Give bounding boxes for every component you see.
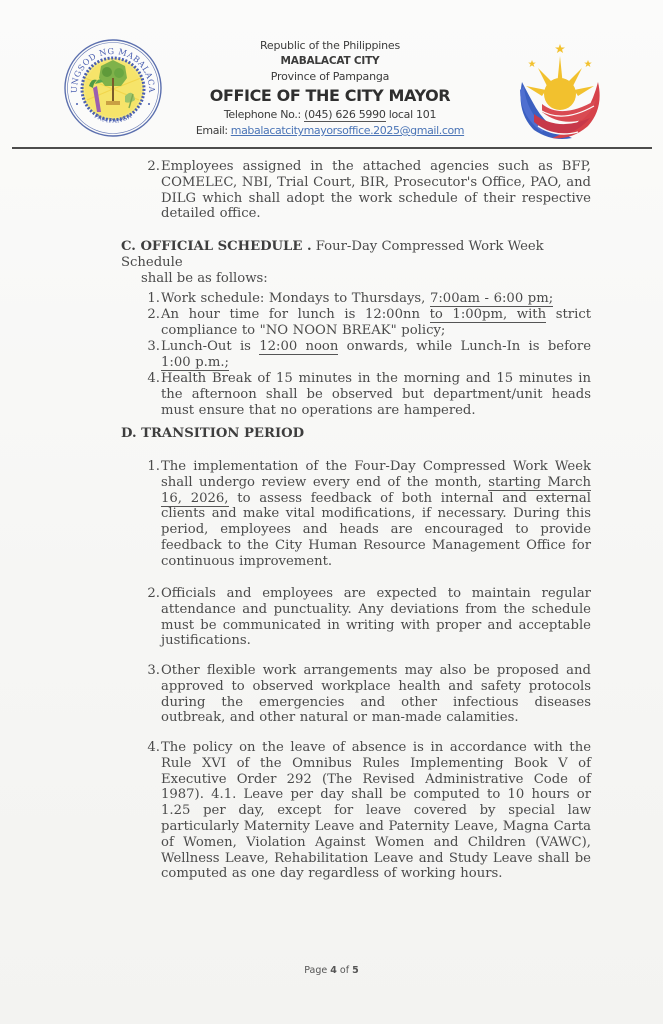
page-total: 5 (352, 965, 359, 976)
item-text-mid: onwards, while Lunch-In is before (338, 339, 591, 354)
section-c-item-1: 1. Work schedule: Mondays to Thursdays, … (161, 291, 591, 307)
section-d-item-2: 2. Officials and employees are expected … (161, 586, 591, 649)
item-text: Work schedule: Mondays to Thursdays, 7:0… (161, 291, 591, 307)
email-label: Email: (196, 124, 231, 137)
item-text: Other flexible work arrangements may als… (161, 663, 591, 726)
of-word: of (337, 965, 352, 976)
section-d-label: D. TRANSITION PERIOD (121, 426, 304, 441)
republic-line: Republic of the Philippines (180, 38, 480, 54)
work-hours: 7:00am - 6:00 pm; (430, 291, 553, 307)
item-text: The policy on the leave of absence is in… (161, 740, 591, 882)
lunch-in-time: 1:00 p.m.; (161, 355, 229, 371)
city-seal-icon: LUNGSOD NG MABALACAT PAMPANGA (63, 38, 163, 138)
item-text: Employees assigned in the attached agenc… (161, 159, 591, 222)
page-footer: Page 4 of 5 (0, 965, 663, 976)
section-d-item-4: 4. The policy on the leave of absence is… (161, 740, 591, 882)
item-number: 4. (140, 740, 160, 756)
province-line: Province of Pampanga (180, 69, 480, 85)
telephone-line: Telephone No.: (045) 626 5990 local 101 (180, 107, 480, 123)
item-number: 3. (140, 663, 160, 679)
letterhead-divider (12, 147, 652, 149)
section-c-intro-2: shall be as follows: (121, 271, 591, 287)
lunch-end-time: to 1:00pm, with (430, 307, 547, 323)
item-text: Health Break of 15 minutes in the mornin… (161, 371, 591, 418)
telephone-number: (045) 626 5990 (304, 108, 385, 122)
item-text: Lunch-Out is 12:00 noon onwards, while L… (161, 339, 591, 371)
email-link[interactable]: mabalacatcitymayorsoffice.2025@gmail.com (231, 124, 464, 137)
letterhead: LUNGSOD NG MABALACAT PAMPANGA Republic o… (0, 0, 663, 150)
city-name: MABALACAT CITY (180, 54, 480, 69)
telephone-local: local 101 (386, 108, 437, 121)
section-d-heading: D. TRANSITION PERIOD (121, 426, 591, 442)
item-text: Officials and employees are expected to … (161, 586, 591, 649)
page-word: Page (304, 965, 330, 976)
telephone-label: Telephone No.: (224, 108, 304, 121)
item-number: 1. (140, 459, 160, 475)
section-c-heading: C. OFFICIAL SCHEDULE . Four-Day Compress… (121, 239, 591, 286)
section-c-item-2: 2. An hour time for lunch is 12:00nn to … (161, 307, 591, 339)
page-current: 4 (330, 965, 337, 976)
item-number: 2. (140, 307, 160, 323)
item-text-pre: Work schedule: Mondays to Thursdays, (161, 291, 430, 306)
item-text: The implementation of the Four-Day Compr… (161, 459, 591, 570)
document-page: LUNGSOD NG MABALACAT PAMPANGA Republic o… (0, 0, 663, 1024)
item-text-pre: An hour time for lunch is 12:00nn (161, 307, 430, 322)
office-title: OFFICE OF THE CITY MAYOR (180, 85, 480, 107)
section-d-item-3: 3. Other flexible work arrangements may … (161, 663, 591, 726)
item-number: 4. (140, 371, 160, 387)
item-text: An hour time for lunch is 12:00nn to 1:0… (161, 307, 591, 339)
section-c-item-3: 3. Lunch-Out is 12:00 noon onwards, whil… (161, 339, 591, 371)
item-number: 2. (140, 586, 160, 602)
item-number: 2. (140, 159, 160, 175)
item-number: 3. (140, 339, 160, 355)
item-number: 1. (140, 291, 160, 307)
letterhead-text: Republic of the Philippines MABALACAT CI… (180, 38, 480, 139)
section-d-item-1: 1. The implementation of the Four-Day Co… (161, 459, 591, 570)
philippine-sun-flag-logo-icon (512, 42, 608, 142)
email-line: Email: mabalacatcitymayorsoffice.2025@gm… (180, 123, 480, 139)
item-text-pre: Lunch-Out is (161, 339, 259, 354)
lunch-out-time: 12:00 noon (259, 339, 338, 355)
section-b-item-2: 2. Employees assigned in the attached ag… (161, 159, 591, 222)
section-c-item-4: 4. Health Break of 15 minutes in the mor… (161, 371, 591, 418)
section-c-label: C. OFFICIAL SCHEDULE . (121, 239, 312, 254)
